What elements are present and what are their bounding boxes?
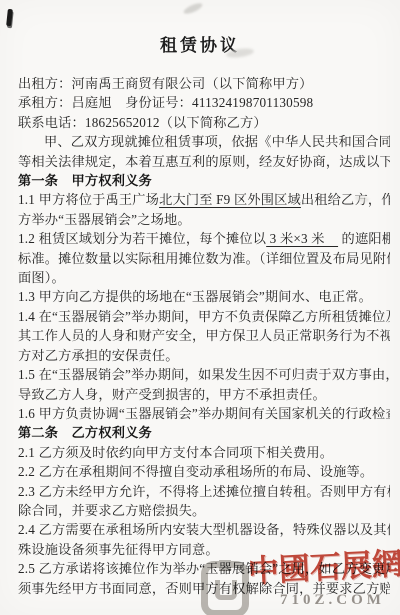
doc-line: 方举办“玉器展销会”之场地。 xyxy=(18,210,390,229)
stone-seal-logo-icon xyxy=(201,561,249,615)
doc-line: 第二条 乙方权利义务 xyxy=(18,423,390,442)
text-segment: 第一条 甲方权利义务 xyxy=(18,173,152,188)
doc-line: 除合同，并要求乙方赔偿损失。 xyxy=(18,501,390,520)
doc-line: 面图）。 xyxy=(18,268,390,287)
text-segment: 2.4 乙方需要在承租场所内安装大型机器设备，特殊仪器以及其他特 xyxy=(18,522,390,537)
doc-line: 第一条 甲方权利义务 xyxy=(18,171,390,190)
text-segment: 第二条 乙方权利义务 xyxy=(18,425,152,440)
text-segment: 甲、乙双方现就摊位租赁事项，依据《中华人民共和国合同法》 xyxy=(44,134,390,149)
text-segment: 1.1 甲方将位于禹王广场 xyxy=(18,192,159,207)
text-segment: 承租方：吕庭旭 身份证号：411324198701130598 xyxy=(18,95,313,110)
text-segment: 方对乙方承担的安保责任。 xyxy=(18,348,179,363)
doc-line: 联系电话：18625652012（以下简称乙方） xyxy=(18,113,390,132)
text-segment: 1.5 在“玉器展销会”举办期间，如果发生因不可归责于双方事由， xyxy=(18,367,390,382)
underlined-text: 3 米×3 米 xyxy=(266,231,338,246)
doc-line: 标准。摊位数量以实际租用摊位数为准。（详细位置及布局见附件平 xyxy=(18,249,390,268)
doc-line: 1.5 在“玉器展销会”举办期间，如果发生因不可归责于双方事由， xyxy=(18,365,390,384)
text-segment: 出租方：河南禹王商贸有限公司（以下简称甲方） xyxy=(18,76,313,91)
doc-line: 其工作人员的人身和财产安全，甲方保卫人员正常职务行为不视为甲 xyxy=(18,326,390,345)
text-segment: 标准。摊位数量以实际租用摊位数为准。（详细位置及布局见附件平 xyxy=(18,251,390,266)
scan-smudge xyxy=(182,1,203,16)
watermark-site-name: 中國石展網 xyxy=(247,538,400,591)
underlined-text: 北大门至 F9 区外围区域 xyxy=(159,192,301,207)
doc-line: 2.2 乙方在承租期间不得擅自变动承租场所的布局、设施等。 xyxy=(18,462,390,481)
doc-line: 甲、乙双方现就摊位租赁事项，依据《中华人民共和国合同法》 xyxy=(18,132,390,151)
doc-line: 2.1 乙方须及时依约向甲方支付本合同项下相关费用。 xyxy=(18,443,390,462)
text-segment: 的遮阳棚为 xyxy=(338,231,390,246)
text-segment: 联系电话：18625652012（以下简称乙方） xyxy=(18,115,267,130)
scanned-contract-page: 租赁协议 出租方：河南禹王商贸有限公司（以下简称甲方）承租方：吕庭旭 身份证号：… xyxy=(0,0,400,615)
doc-line: 1.4 在“玉器展销会”举办期间，甲方不负责保障乙方所租赁摊位及 xyxy=(18,307,390,326)
doc-line: 2.4 乙方需要在承租场所内安装大型机器设备，特殊仪器以及其他特 xyxy=(18,520,390,539)
text-segment: 1.4 在“玉器展销会”举办期间，甲方不负责保障乙方所租赁摊位及 xyxy=(18,309,390,324)
logo-nub xyxy=(219,560,231,571)
doc-line: 2.3 乙方未经甲方允许，不得将上述摊位擅自转租。否则甲方有权解 xyxy=(18,482,390,501)
text-segment: 导致乙方人身，财产受到损害的，甲方不承担责任。 xyxy=(18,387,326,402)
text-segment: 1.3 甲方向乙方提供的场地在“玉器展销会”期间水、电正常。 xyxy=(18,289,372,304)
doc-line: 等相关法律规定，本着互惠互利的原则，经友好协商，达成以下协议： xyxy=(18,152,390,171)
ink-blot-artifact xyxy=(6,9,13,26)
text-segment: 2.2 乙方在承租期间不得擅自变动承租场所的布局、设施等。 xyxy=(18,464,373,479)
logo-u-shape xyxy=(215,580,237,600)
watermark-site-url: 710Z.COM xyxy=(280,592,385,609)
doc-line: 出租方：河南禹王商贸有限公司（以下简称甲方） xyxy=(18,74,390,93)
text-segment: 面图）。 xyxy=(18,270,65,285)
text-segment: 2.1 乙方须及时依约向甲方支付本合同项下相关费用。 xyxy=(18,445,333,460)
text-segment: 除合同，并要求乙方赔偿损失。 xyxy=(18,503,205,518)
doc-line: 导致乙方人身，财产受到损害的，甲方不承担责任。 xyxy=(18,385,390,404)
document-body: 出租方：河南禹王商贸有限公司（以下简称甲方）承租方：吕庭旭 身份证号：41132… xyxy=(18,74,390,598)
doc-line: 1.3 甲方向乙方提供的场地在“玉器展销会”期间水、电正常。 xyxy=(18,287,390,306)
text-segment: 1.6 甲方负责协调“玉器展销会”举办期间有关国家机关的行政检查。 xyxy=(18,406,390,421)
text-segment: 2.3 乙方未经甲方允许，不得将上述摊位擅自转租。否则甲方有权解 xyxy=(18,484,390,499)
text-segment: 方举办“玉器展销会”之场地。 xyxy=(18,212,191,227)
doc-line: 1.1 甲方将位于禹王广场北大门至 F9 区外围区域出租给乙方，作为乙 xyxy=(18,190,390,209)
text-segment: 1.2 租赁区域划分为若干摊位，每个摊位以 xyxy=(18,231,266,246)
doc-line: 方对乙方承担的安保责任。 xyxy=(18,346,390,365)
doc-line: 承租方：吕庭旭 身份证号：411324198701130598 xyxy=(18,93,390,112)
text-segment: 其工作人员的人身和财产安全，甲方保卫人员正常职务行为不视为甲 xyxy=(18,328,390,343)
text-segment: 等相关法律规定，本着互惠互利的原则，经友好协商，达成以下协议： xyxy=(18,154,390,169)
text-segment: 殊设施设备须事先征得甲方同意。 xyxy=(18,542,219,557)
doc-line: 1.6 甲方负责协调“玉器展销会”举办期间有关国家机关的行政检查。 xyxy=(18,404,390,423)
doc-line: 1.2 租赁区域划分为若干摊位，每个摊位以 3 米×3 米 的遮阳棚为 xyxy=(18,229,390,248)
document-title: 租赁协议 xyxy=(0,31,400,56)
text-segment: 出租给乙方，作为乙 xyxy=(301,192,390,207)
